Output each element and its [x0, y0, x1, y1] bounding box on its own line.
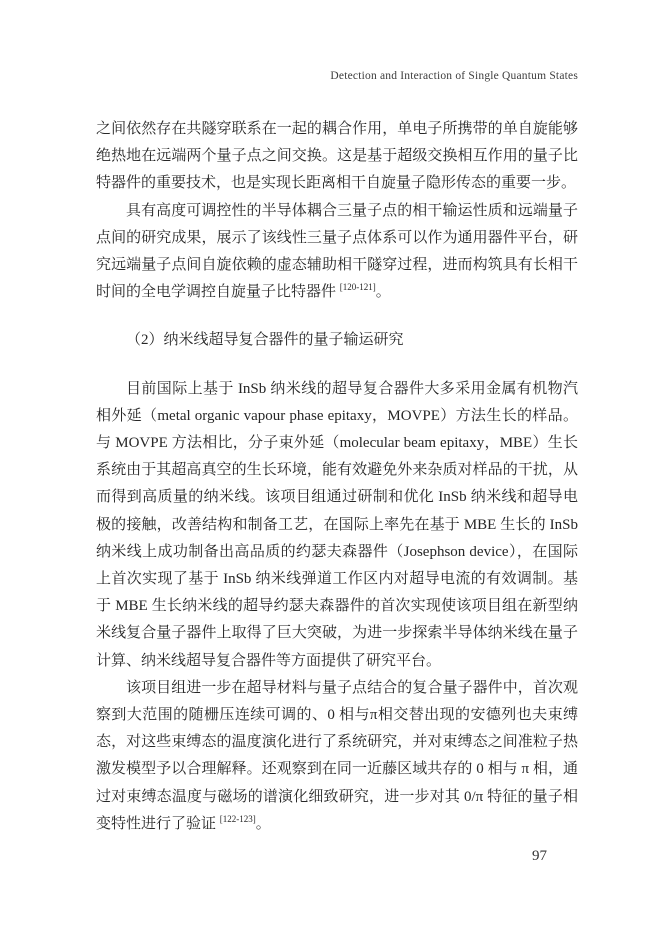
citation-ref: [120-121]	[340, 282, 376, 292]
section-heading: （2）纳米线超导复合器件的量子输运研究	[96, 327, 578, 354]
paragraph-text: 。	[376, 284, 391, 300]
citation-ref: [122-123]	[220, 814, 256, 824]
page-number: 97	[532, 848, 547, 865]
paragraph: 之间依然存在共隧穿联系在一起的耦合作用，单电子所携带的单自旋能够绝热地在远端两个…	[96, 116, 578, 198]
page-content: 之间依然存在共隧穿联系在一起的耦合作用，单电子所携带的单自旋能够绝热地在远端两个…	[96, 116, 578, 838]
paragraph-text: 该项目组进一步在超导材料与量子点结合的复合量子器件中，首次观察到大范围的随栅压连…	[96, 680, 578, 832]
paragraph: 目前国际上基于 InSb 纳米线的超导复合器件大多采用金属有机物汽相外延（met…	[96, 376, 578, 675]
paragraph-text: 具有高度可调控性的半导体耦合三量子点的相干输运性质和远端量子点间的研究成果，展示…	[96, 203, 578, 301]
running-header: Detection and Interaction of Single Quan…	[96, 70, 578, 82]
paragraph: 该项目组进一步在超导材料与量子点结合的复合量子器件中，首次观察到大范围的随栅压连…	[96, 675, 578, 838]
paragraph-text: 。	[256, 816, 271, 832]
document-page: Detection and Interaction of Single Quan…	[0, 0, 666, 930]
paragraph: 具有高度可调控性的半导体耦合三量子点的相干输运性质和远端量子点间的研究成果，展示…	[96, 198, 578, 307]
